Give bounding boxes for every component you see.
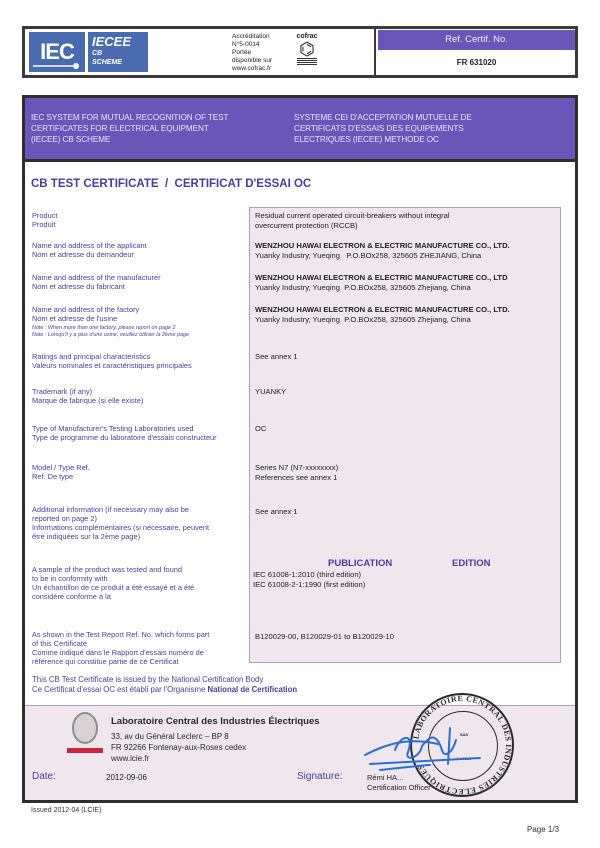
additional-info-value: See annex 1 bbox=[255, 507, 560, 517]
trademark-value: YUANKY bbox=[255, 387, 560, 397]
scheme-title-en: IEC SYSTEM FOR MUTUAL RECOGNITION OF TES… bbox=[31, 112, 271, 145]
scheme-title-fr: SYSTEME CEI D'ACCEPTATION MUTUELLE DE CE… bbox=[294, 112, 554, 145]
standards-list: IEC 61008-1:2010 (third edition) IEC 610… bbox=[253, 570, 558, 589]
applicant-label: Name and address of the applicantNom et … bbox=[32, 241, 242, 259]
trademark-label: Trademark (if any)Marque de fabrique (si… bbox=[32, 387, 242, 405]
testing-lab-value: OC bbox=[255, 424, 560, 434]
test-report-label: As shown in the Test Report Ref. No. whi… bbox=[32, 630, 247, 666]
issued-by-statement: This CB Test Certificate is issued by th… bbox=[32, 675, 297, 695]
model-value: Series N7 (N7-xxxxxxxx)References see an… bbox=[255, 463, 560, 482]
date-value: 2012-09-06 bbox=[106, 773, 147, 782]
issued-note: Issued 2012-04 (LCIE) bbox=[31, 807, 101, 814]
iecee-logo-icon: IECEE CB SCHEME bbox=[88, 32, 148, 72]
header-divider bbox=[374, 29, 376, 75]
ref-certif-value: FR 631020 bbox=[378, 52, 575, 74]
lab-name: Laboratoire Central des Industries Élect… bbox=[111, 716, 320, 727]
manufacturer-label: Name and address of the manufacturerNom … bbox=[32, 273, 242, 291]
lab-address: 33, av du Général Leclerc – BP 8 FR 9226… bbox=[111, 731, 246, 764]
conformity-label: A sample of the product was tested and f… bbox=[32, 565, 242, 601]
ratings-label: Ratings and principal characteristicsVal… bbox=[32, 352, 242, 370]
iec-logo-icon: IEC bbox=[29, 32, 85, 72]
test-report-value: B120029-00, B120029-01 to B120029-10 bbox=[255, 632, 560, 642]
factory-value: WENZHOU HAWAI ELECTRON & ELECTRIC MANUFA… bbox=[255, 305, 560, 324]
testing-lab-label: Type of Manufacturer's Testing Laborator… bbox=[32, 424, 252, 442]
standard-item: IEC 61008-2-1:1990 (first edition) bbox=[253, 580, 558, 590]
cofrac-logo-icon: cofrac ⌬ bbox=[294, 33, 320, 71]
certificate-title: CB TEST CERTIFICATE / CERTIFICAT D'ESSAI… bbox=[31, 178, 311, 190]
ratings-value: See annex 1 bbox=[255, 352, 560, 362]
factory-label: Name and address of the factoryNom et ad… bbox=[32, 305, 242, 338]
additional-info-label: Additional information (if necessary may… bbox=[32, 505, 242, 541]
accreditation-text: Accréditation N°5-0014 Portée disponible… bbox=[232, 33, 292, 73]
ref-certif-label: Ref. Certif. No. bbox=[378, 30, 575, 50]
edition-header: EDITION bbox=[452, 558, 491, 569]
publication-header: PUBLICATION bbox=[328, 558, 392, 569]
model-label: Model / Type Ref.Ref. De type bbox=[32, 463, 242, 481]
applicant-value: WENZHOU HAWAI ELECTRON & ELECTRIC MANUFA… bbox=[255, 241, 560, 260]
date-label: Date: bbox=[32, 771, 56, 782]
signature-icon bbox=[360, 720, 490, 780]
page-number: Page 1/3 bbox=[527, 825, 559, 834]
signature-label: Signature: bbox=[297, 771, 343, 782]
standard-item: IEC 61008-1:2010 (third edition) bbox=[253, 570, 558, 580]
lcie-logo-icon bbox=[67, 712, 103, 762]
manufacturer-value: WENZHOU HAWAI ELECTRON & ELECTRIC MANUFA… bbox=[255, 273, 560, 292]
product-label: ProductProduit bbox=[32, 211, 242, 229]
product-value: Residual current operated circuit-breake… bbox=[255, 211, 560, 230]
